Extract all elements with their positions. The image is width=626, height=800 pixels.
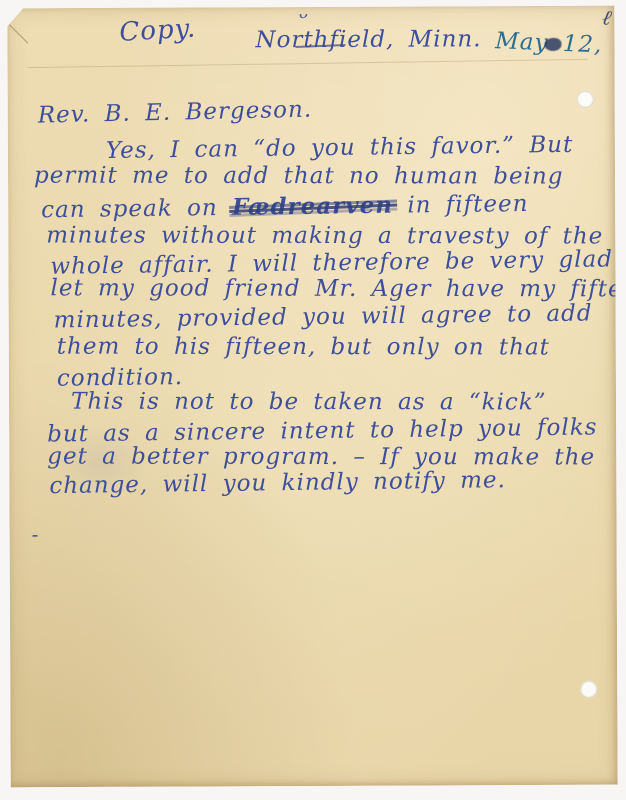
dogear-fold-crease <box>9 24 28 43</box>
line-text-pre: can speak on <box>41 195 232 223</box>
punch-hole-bottom <box>580 681 597 698</box>
letter-body: Yes, I can “do you this favor.” But perm… <box>7 6 614 9</box>
dateline: Northfield, Minn.May 12, 1925 <box>255 25 626 53</box>
letter-line: This is not to be taken as a “kick” <box>71 389 547 416</box>
scanned-letter: ℓ ᴗ Copy. Northfield, Minn.May 12, 1925 … <box>0 0 626 800</box>
horizontal-crease <box>28 59 588 68</box>
letter-line: Yes, I can “do you this favor.” But <box>106 132 574 164</box>
margin-dash-mark: - <box>32 522 40 546</box>
stray-squiggle-mark: ᴗ <box>298 4 308 22</box>
letter-line: change, will you kindly notify me. <box>49 467 506 499</box>
line-text-post: in fifteen <box>393 191 529 219</box>
punch-hole-top <box>577 91 594 108</box>
ink-blot-on-date <box>544 38 561 51</box>
scribbled-out-word: Fædrearven <box>232 192 393 221</box>
letter-line: but as a sincere intent to help you folk… <box>47 414 598 447</box>
letter-line: them to his fifteen, but only on that <box>57 334 550 361</box>
salutation: Rev. B. E. Bergeson. <box>38 97 313 129</box>
letter-line: can speak on Fædrearven in fifteen <box>41 190 529 223</box>
place-text: Northfield, Minn. <box>255 26 481 53</box>
letter-line: condition. <box>57 364 184 392</box>
letter-line: let my good friend Mr. Ager have my fift… <box>51 275 626 302</box>
letter-line: minutes without making a travesty of the <box>46 222 603 249</box>
letter-paper: ℓ ᴗ Copy. Northfield, Minn.May 12, 1925 … <box>7 6 617 788</box>
letter-line: get a better program. – If you make the <box>47 443 595 470</box>
letter-line: permit me to add that no human being <box>34 163 563 190</box>
letter-line: minutes, provided you will agree to add <box>54 300 593 333</box>
copy-annotation: Copy. <box>119 14 197 48</box>
